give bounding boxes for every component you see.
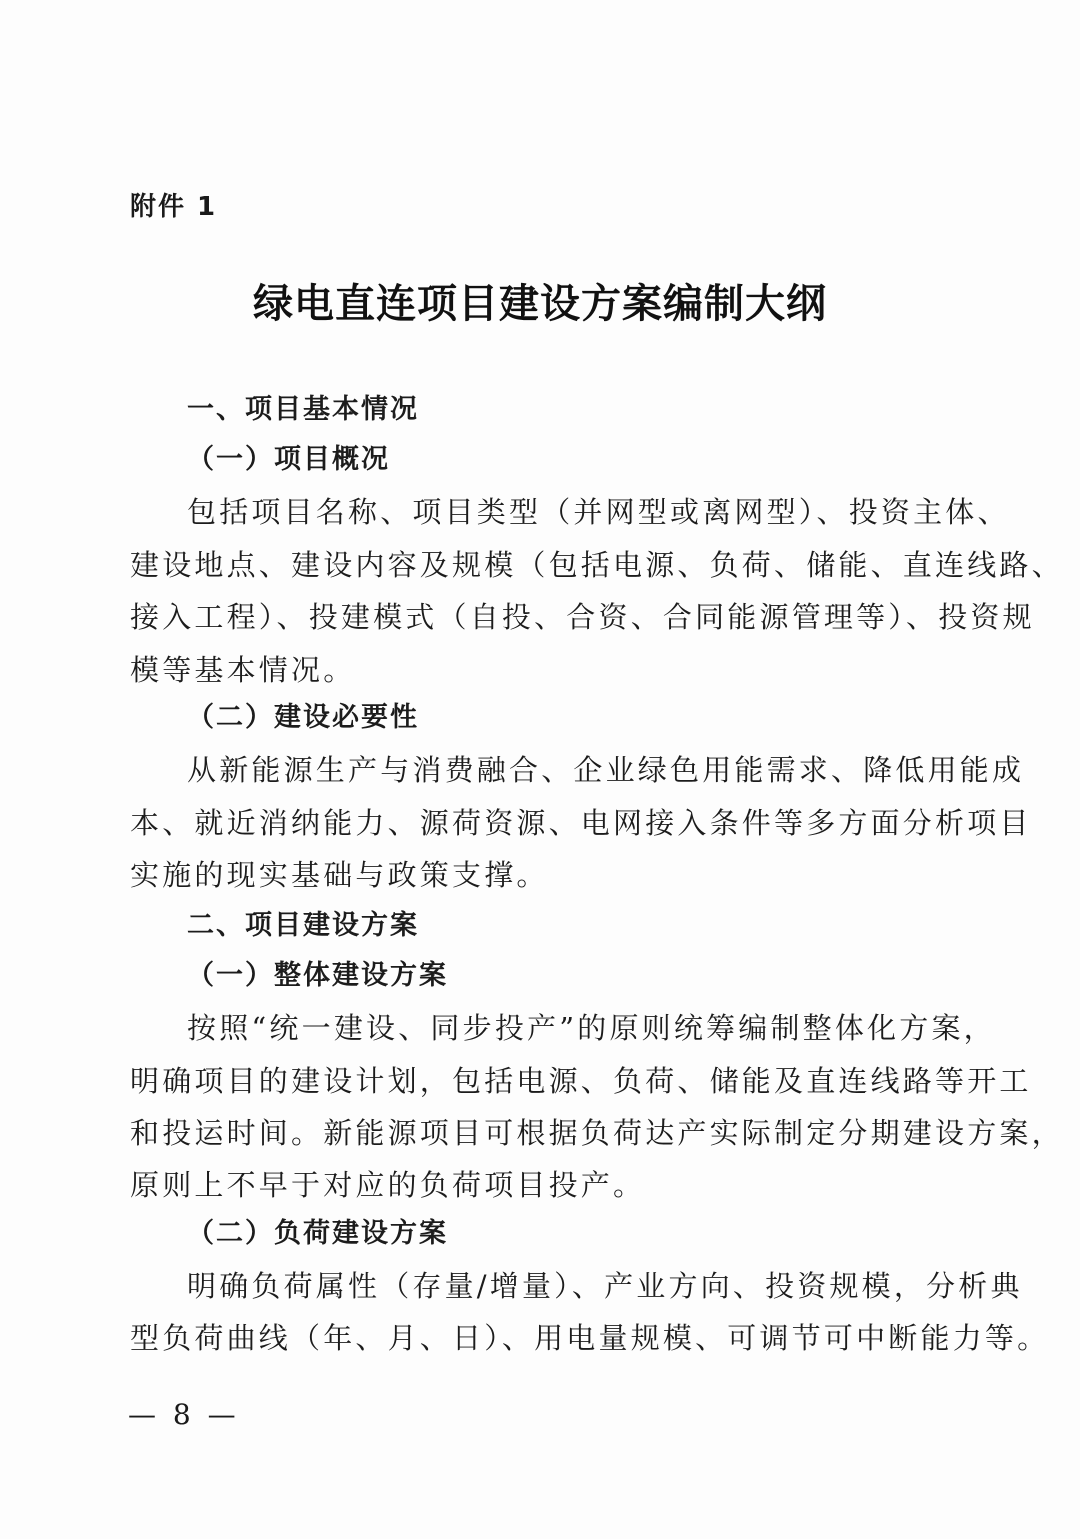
- paragraph-line: 明确负荷属性（存量/增量）、产业方向、投资规模，分析典: [187, 1266, 950, 1306]
- paragraph-line: 接入工程）、投建模式（自投、合资、合同能源管理等）、投资规: [130, 597, 950, 637]
- page-number: — 8 —: [128, 1398, 240, 1431]
- paragraph-line: 建设地点、建设内容及规模（包括电源、负荷、储能、直连线路、: [130, 545, 950, 585]
- subsection-heading: （一）整体建设方案: [187, 956, 950, 996]
- paragraph-line: 本、就近消纳能力、源荷资源、电网接入条件等多方面分析项目: [130, 803, 950, 843]
- section-heading: 一、项目基本情况: [187, 390, 950, 430]
- paragraph-line: 从新能源生产与消费融合、企业绿色用能需求、降低用能成: [187, 750, 950, 790]
- subsection-heading: （二）建设必要性: [187, 698, 950, 738]
- paragraph-line: 型负荷曲线（年、月、日）、用电量规模、可调节可中断能力等。: [130, 1318, 950, 1358]
- paragraph-line: 原则上不早于对应的负荷项目投产。: [130, 1165, 950, 1205]
- attachment-label: 附件 1: [130, 186, 217, 223]
- subsection-heading: （二）负荷建设方案: [187, 1214, 950, 1254]
- paragraph-line: 模等基本情况。: [130, 650, 950, 690]
- paragraph-line: 包括项目名称、项目类型（并网型或离网型）、投资主体、: [187, 492, 950, 532]
- paragraph-line: 和投运时间。新能源项目可根据负荷达产实际制定分期建设方案，: [130, 1113, 950, 1153]
- section-heading: 二、项目建设方案: [187, 906, 950, 946]
- paragraph-line: 实施的现实基础与政策支撑。: [130, 855, 950, 895]
- document-page: 附件 1 绿电直连项目建设方案编制大纲 一、项目基本情况 （一）项目概况 包括项…: [0, 0, 1080, 1539]
- paragraph-line: 明确项目的建设计划，包括电源、负荷、储能及直连线路等开工: [130, 1061, 950, 1101]
- subsection-heading: （一）项目概况: [187, 440, 950, 480]
- document-title: 绿电直连项目建设方案编制大纲: [0, 272, 1080, 329]
- paragraph-line: 按照“统一建设、同步投产”的原则统筹编制整体化方案，: [187, 1008, 950, 1048]
